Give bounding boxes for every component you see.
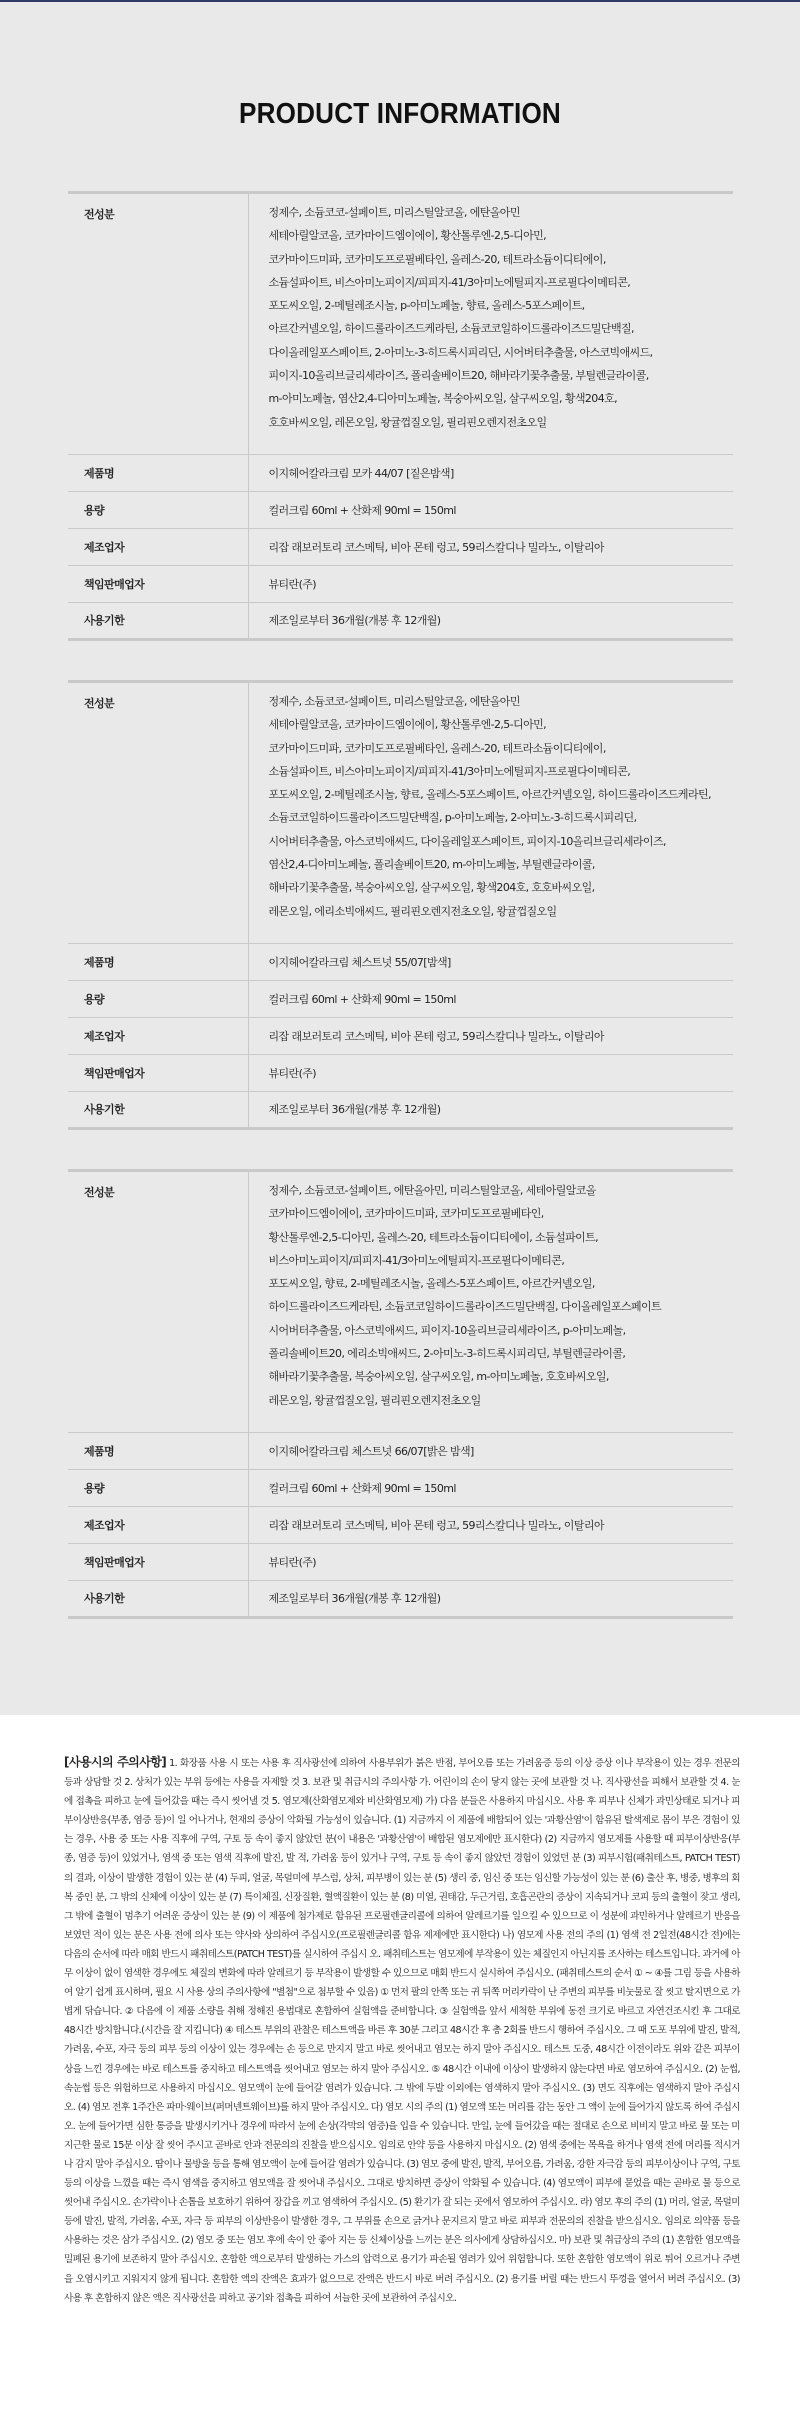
table-row-product-name: 제품명 이지헤어칼라크림 체스트넛 55/07[밤색] [68, 943, 733, 980]
table-row-volume: 용량 컬러크림 60ml + 산화제 90ml = 150ml [68, 980, 733, 1017]
label-ingredients: 전성분 [68, 193, 248, 455]
table-row-product-name: 제품명 이지헤어칼라크림 체스트넛 66/07[밝은 밤색] [68, 1432, 733, 1469]
ingredient-line: 아르간커넬오일, 하이드롤라이즈드케라틴, 소듐코코일하이드롤라이즈드밀단백질, [269, 317, 734, 340]
ingredient-line: 염산2,4-디아미노페놀, 폴리솔베이트20, m-아미노페놀, 부틸렌글라이콜… [269, 853, 734, 876]
ingredient-line: 폴리솔베이트20, 에리소빅애씨드, 2-아미노-3-히드록시피리딘, 부틸렌글… [269, 1342, 734, 1365]
ingredient-line: 정제수, 소듐코코-설페이트, 미리스틸알코올, 에탄올아민 [269, 690, 734, 713]
table-row-manufacturer: 제조업자 리잡 래보러토리 코스메틱, 비아 몬테 렁고, 59리스칼디나 밀라… [68, 1017, 733, 1054]
label-product-name: 제품명 [68, 454, 248, 491]
ingredient-line: 호호바씨오일, 레몬오일, 왕귤껍질오일, 필리핀오렌지전초오일 [269, 411, 734, 434]
product-spec-table-3: 전성분 정제수, 소듐코코-설페이트, 에탄올아민, 미리스틸알코올, 세테아릴… [68, 1169, 733, 1619]
table-row-volume: 용량 컬러크림 60ml + 산화제 90ml = 150ml [68, 1469, 733, 1506]
volume-value: 컬러크림 60ml + 산화제 90ml = 150ml [248, 491, 733, 528]
manufacturer-value: 리잡 래보러토리 코스메틱, 비아 몬테 렁고, 59리스칼디나 밀라노, 이탈… [248, 1506, 733, 1543]
ingredient-line: 해바라기꽃추출물, 복숭아씨오일, 살구씨오일, 황색204호, 호호바씨오일, [269, 876, 734, 899]
label-manufacturer: 제조업자 [68, 1506, 248, 1543]
seller-value: 뷰티란(주) [248, 565, 733, 602]
ingredient-line: 소듐설파이트, 비스아미노피이지/피피지-41/3아미노에틸피지-프로필다이메티… [269, 271, 734, 294]
ingredient-line: 포도씨오일, 2-메틸레조시놀, p-아미노페놀, 향료, 올레스-5포스페이트… [269, 294, 734, 317]
precautions-section: [사용시의 주의사항] 1. 화장품 사용 시 또는 사용 후 직사광선에 의하… [0, 1715, 800, 2425]
table-row-volume: 용량 컬러크림 60ml + 산화제 90ml = 150ml [68, 491, 733, 528]
ingredient-line: 하이드롤라이즈드케라틴, 소듐코코일하이드롤라이즈드밀단백질, 다이올레일포스페… [269, 1295, 734, 1318]
product-name-value: 이지헤어칼라크림 모카 44/07 [짙은밤색] [248, 454, 733, 491]
product-tables: 전성분 정제수, 소듐코코-설페이트, 미리스틸알코올, 에탄올아민 세테아릴알… [68, 191, 733, 1658]
product-spec-table-1: 전성분 정제수, 소듐코코-설페이트, 미리스틸알코올, 에탄올아민 세테아릴알… [68, 191, 733, 641]
ingredients-value: 정제수, 소듐코코-설페이트, 미리스틸알코올, 에탄올아민 세테아릴알코올, … [248, 193, 733, 455]
ingredient-line: 레몬오일, 왕귤껍질오일, 필리핀오렌지전초오일 [269, 1389, 734, 1412]
ingredient-line: 해바라기꽃추출물, 복숭아씨오일, 살구씨오일, m-아미노페놀, 호호바씨오일… [269, 1365, 734, 1388]
table-row-manufacturer: 제조업자 리잡 래보러토리 코스메틱, 비아 몬테 렁고, 59리스칼디나 밀라… [68, 528, 733, 565]
label-product-name: 제품명 [68, 943, 248, 980]
table-row-seller: 책임판매업자 뷰티란(주) [68, 1543, 733, 1580]
seller-value: 뷰티란(주) [248, 1054, 733, 1091]
table-row-expiry: 사용기한 제조일로부터 36개월(개봉 후 12개월) [68, 1091, 733, 1128]
product-information-section: PRODUCT INFORMATION 전성분 정제수, 소듐코코-설페이트, … [0, 2, 800, 1715]
ingredient-line: 황산톨루엔-2,5-디아민, 올레스-20, 테트라소듐이디티에이, 소듐설파이… [269, 1226, 734, 1249]
ingredient-line: 포도씨오일, 2-메틸레조시놀, 향료, 올레스-5포스페이트, 아르간커넬오일… [269, 783, 734, 806]
ingredient-line: 시어버터추출물, 아스코빅애씨드, 다이올레일포스페이트, 피이지-10올리브글… [269, 830, 734, 853]
expiry-value: 제조일로부터 36개월(개봉 후 12개월) [248, 1091, 733, 1128]
ingredient-line: 레몬오일, 에리소빅애씨드, 필리핀오렌지전초오일, 왕귤껍질오일 [269, 900, 734, 923]
ingredient-line: 포도씨오일, 향료, 2-메틸레조시놀, 올레스-5포스페이트, 아르간커넬오일… [269, 1272, 734, 1295]
product-name-value: 이지헤어칼라크림 체스트넛 66/07[밝은 밤색] [248, 1432, 733, 1469]
ingredient-line: 코카마이드미파, 코카미도프로필베타인, 올레스-20, 테트라소듐이디티에이, [269, 248, 734, 271]
label-volume: 용량 [68, 1469, 248, 1506]
volume-value: 컬러크림 60ml + 산화제 90ml = 150ml [248, 1469, 733, 1506]
ingredient-line: 소듐설파이트, 비스아미노피이지/피피지-41/3아미노에틸피지-프로필다이메티… [269, 760, 734, 783]
label-expiry: 사용기한 [68, 1580, 248, 1617]
table-row-ingredients: 전성분 정제수, 소듐코코-설페이트, 에탄올아민, 미리스틸알코올, 세테아릴… [68, 1170, 733, 1432]
expiry-value: 제조일로부터 36개월(개봉 후 12개월) [248, 1580, 733, 1617]
label-ingredients: 전성분 [68, 681, 248, 943]
expiry-value: 제조일로부터 36개월(개봉 후 12개월) [248, 602, 733, 639]
table-row-seller: 책임판매업자 뷰티란(주) [68, 1054, 733, 1091]
label-seller: 책임판매업자 [68, 565, 248, 602]
page-title: PRODUCT INFORMATION [40, 98, 760, 131]
product-name-value: 이지헤어칼라크림 체스트넛 55/07[밤색] [248, 943, 733, 980]
label-manufacturer: 제조업자 [68, 1017, 248, 1054]
label-volume: 용량 [68, 491, 248, 528]
table-row-ingredients: 전성분 정제수, 소듐코코-설페이트, 미리스틸알코올, 에탄올아민 세테아릴알… [68, 193, 733, 455]
ingredient-line: 코카마이드미파, 코카미도프로필베타인, 올레스-20, 테트라소듐이디티에이, [269, 737, 734, 760]
table-row-ingredients: 전성분 정제수, 소듐코코-설페이트, 미리스틸알코올, 에탄올아민 세테아릴알… [68, 681, 733, 943]
ingredients-value: 정제수, 소듐코코-설페이트, 미리스틸알코올, 에탄올아민 세테아릴알코올, … [248, 681, 733, 943]
ingredients-value: 정제수, 소듐코코-설페이트, 에탄올아민, 미리스틸알코올, 세테아릴알코올 … [248, 1170, 733, 1432]
precautions-body: 1. 화장품 사용 시 또는 사용 후 직사광선에 의하여 사용부위가 붉은 반… [64, 1758, 740, 2304]
ingredient-line: m-아미노페놀, 염산2,4-디아미노페놀, 복숭아씨오일, 살구씨오일, 황색… [269, 387, 734, 410]
ingredient-line: 정제수, 소듐코코-설페이트, 에탄올아민, 미리스틸알코올, 세테아릴알코올 [269, 1179, 734, 1202]
label-ingredients: 전성분 [68, 1170, 248, 1432]
ingredient-line: 피이지-10올리브글리세라이즈, 폴리솔베이트20, 해바라기꽃추출물, 부틸렌… [269, 364, 734, 387]
table-row-manufacturer: 제조업자 리잡 래보러토리 코스메틱, 비아 몬테 렁고, 59리스칼디나 밀라… [68, 1506, 733, 1543]
ingredient-line: 다이올레일포스페이트, 2-아미노-3-히드록시피리딘, 시어버터추출물, 아스… [269, 341, 734, 364]
label-manufacturer: 제조업자 [68, 528, 248, 565]
ingredient-line: 정제수, 소듐코코-설페이트, 미리스틸알코올, 에탄올아민 [269, 201, 734, 224]
table-row-seller: 책임판매업자 뷰티란(주) [68, 565, 733, 602]
table-row-product-name: 제품명 이지헤어칼라크림 모카 44/07 [짙은밤색] [68, 454, 733, 491]
seller-value: 뷰티란(주) [248, 1543, 733, 1580]
label-expiry: 사용기한 [68, 1091, 248, 1128]
product-spec-table-2: 전성분 정제수, 소듐코코-설페이트, 미리스틸알코올, 에탄올아민 세테아릴알… [68, 680, 733, 1130]
ingredient-line: 세테아릴알코올, 코카마이드엠이에이, 황산톨루엔-2,5-디아민, [269, 713, 734, 736]
ingredient-line: 코카마이드엠이에이, 코카마이드미파, 코카미도프로필베타인, [269, 1202, 734, 1225]
table-row-expiry: 사용기한 제조일로부터 36개월(개봉 후 12개월) [68, 602, 733, 639]
label-product-name: 제품명 [68, 1432, 248, 1469]
table-row-expiry: 사용기한 제조일로부터 36개월(개봉 후 12개월) [68, 1580, 733, 1617]
precautions-heading: [사용시의 주의사항] [64, 1755, 166, 1769]
ingredient-line: 비스아미노피이지/피피지-41/3아미노에틸피지-프로필다이메티콘, [269, 1249, 734, 1272]
label-volume: 용량 [68, 980, 248, 1017]
label-expiry: 사용기한 [68, 602, 248, 639]
label-seller: 책임판매업자 [68, 1543, 248, 1580]
ingredient-line: 소듐코코일하이드롤라이즈드밀단백질, p-아미노페놀, 2-아미노-3-히드록시… [269, 806, 734, 829]
manufacturer-value: 리잡 래보러토리 코스메틱, 비아 몬테 렁고, 59리스칼디나 밀라노, 이탈… [248, 1017, 733, 1054]
label-seller: 책임판매업자 [68, 1054, 248, 1091]
ingredient-line: 세테아릴알코올, 코카마이드엠이에이, 황산톨루엔-2,5-디아민, [269, 224, 734, 247]
volume-value: 컬러크림 60ml + 산화제 90ml = 150ml [248, 980, 733, 1017]
ingredient-line: 시어버터추출물, 아스코빅애씨드, 피이지-10올리브글리세라이즈, p-아미노… [269, 1319, 734, 1342]
manufacturer-value: 리잡 래보러토리 코스메틱, 비아 몬테 렁고, 59리스칼디나 밀라노, 이탈… [248, 528, 733, 565]
precautions-text: [사용시의 주의사항] 1. 화장품 사용 시 또는 사용 후 직사광선에 의하… [64, 1753, 740, 2308]
